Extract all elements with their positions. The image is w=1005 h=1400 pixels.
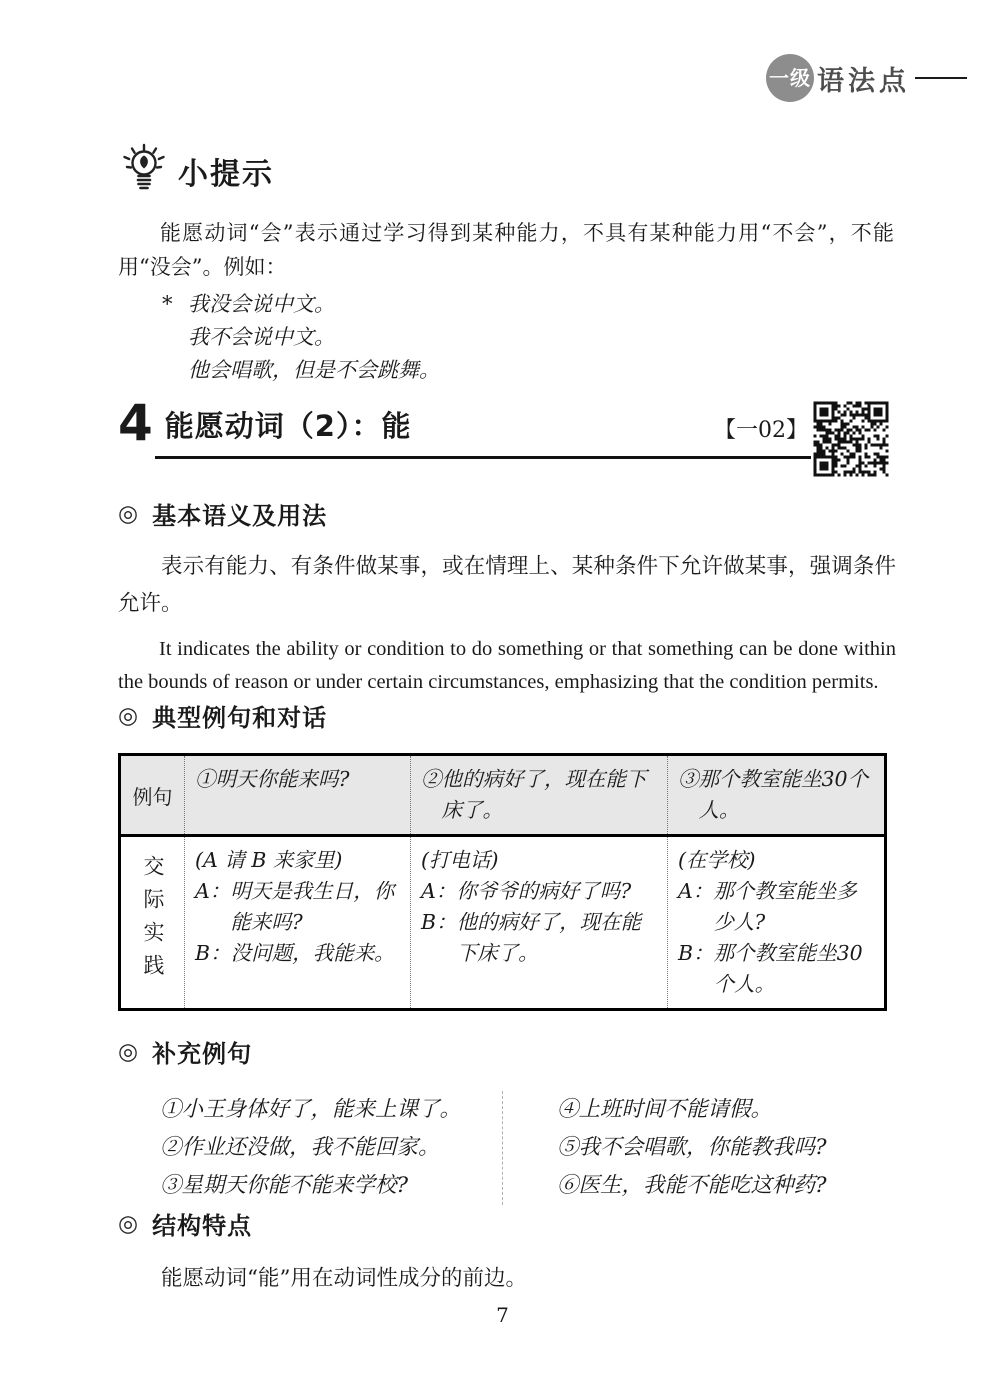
supplementary-section: ◎ 补充例句 ①小王身体好了，能来上课了。 ②作业还没做，我不能回家。 ③星期天…: [118, 1034, 896, 1205]
semantics-chinese: 表示有能力、有条件做某事，或在情理上、某种条件下允许做某事，强调条件允许。: [118, 548, 896, 622]
section-ref-label: 【一02】: [714, 413, 808, 448]
section-heading-row: 4 能愿动词（2）：能 【一02】: [118, 398, 894, 448]
semantics-section: ◎ 基本语义及用法 表示有能力、有条件做某事，或在情理上、某种条件下允许做某事，…: [118, 496, 896, 699]
section-number: 4: [118, 398, 153, 448]
structure-title: 结构特点: [152, 1206, 252, 1241]
example-cell: ②他的病好了，现在能下床了。: [411, 755, 668, 836]
supplementary-left-column: ①小王身体好了，能来上课了。 ②作业还没做，我不能回家。 ③星期天你能不能来学校…: [118, 1091, 502, 1205]
structure-body: 能愿动词“能”用在动词性成分的前边。: [118, 1262, 896, 1296]
tip-example: 他会唱歌，但是不会跳舞。: [162, 354, 894, 387]
double-circle-bullet-icon: ◎: [118, 501, 139, 527]
supplementary-item: ②作业还没做，我不能回家。: [160, 1129, 502, 1167]
supplementary-item: ①小王身体好了，能来上课了。: [160, 1091, 502, 1129]
section-underline: [155, 456, 811, 459]
tip-example: * 我没会说中文。: [162, 288, 894, 321]
section-heading: 4 能愿动词（2）：能 【一02】: [118, 398, 894, 459]
typical-title: 典型例句和对话: [152, 698, 327, 733]
supplementary-item: ③星期天你能不能来学校?: [160, 1167, 502, 1205]
double-circle-bullet-icon: ◎: [118, 703, 139, 729]
semantics-title: 基本语义及用法: [152, 496, 327, 531]
qr-code: [812, 400, 890, 478]
dialog-line: A： 明天是我生日，你能来吗?: [195, 876, 400, 938]
dialog-line: B： 那个教室能坐30个人。: [678, 938, 874, 1000]
dialog-cell: (打电话) A： 你爷爷的病好了吗? B： 他的病好了，现在能下床了。: [411, 836, 668, 1010]
double-circle-bullet-icon: ◎: [118, 1039, 139, 1065]
header-rule: [915, 77, 967, 79]
tip-example-text: 他会唱歌，但是不会跳舞。: [188, 358, 440, 382]
table-row: 例句 ①明天你能来吗? ②他的病好了，现在能下床了。 ③那个教室能坐30个人。: [120, 755, 886, 836]
asterisk-marker: *: [162, 288, 173, 321]
dialog-context: (在学校): [678, 845, 874, 876]
double-circle-bullet-icon: ◎: [118, 1211, 139, 1237]
supplementary-item: ④上班时间不能请假。: [557, 1091, 827, 1129]
lightbulb-icon: [118, 142, 170, 200]
supplementary-right-column: ④上班时间不能请假。 ⑤我不会唱歌，你能教我吗? ⑥医生，我能不能吃这种药?: [502, 1091, 827, 1205]
table-row: 交际实践 (A 请 B 来家里) A： 明天是我生日，你能来吗? B： 没问题，…: [120, 836, 886, 1010]
tip-example: 我不会说中文。: [162, 321, 894, 354]
supplementary-title: 补充例句: [152, 1034, 252, 1069]
tip-heading: 小提示: [118, 142, 894, 200]
dialog-line: B： 他的病好了，现在能下床了。: [421, 907, 657, 969]
structure-heading: ◎ 结构特点: [118, 1206, 896, 1241]
semantics-english: It indicates the ability or condition to…: [118, 633, 896, 699]
tip-example-text: 我没会说中文。: [188, 292, 335, 316]
example-cell: ③那个教室能坐30个人。: [668, 755, 886, 836]
tip-example-text: 我不会说中文。: [188, 325, 335, 349]
tip-examples: * 我没会说中文。 我不会说中文。 他会唱歌，但是不会跳舞。: [162, 288, 894, 387]
dialog-context: (打电话): [421, 845, 657, 876]
running-header-title: 语法点: [817, 59, 910, 98]
dialog-line: A： 你爷爷的病好了吗?: [421, 876, 657, 907]
page-number: 7: [0, 1303, 1005, 1327]
examples-table: 例句 ①明天你能来吗? ②他的病好了，现在能下床了。 ③那个教室能坐30个人。 …: [118, 753, 887, 1011]
tip-title: 小提示: [178, 149, 274, 193]
supplementary-item: ⑥医生，我能不能吃这种药?: [557, 1167, 827, 1205]
supplementary-heading: ◎ 补充例句: [118, 1034, 896, 1069]
dialog-line: A： 那个教室能坐多少人?: [678, 876, 874, 938]
tip-body: 能愿动词“会”表示通过学习得到某种能力，不具有某种能力用“不会”，不能用“没会”…: [118, 216, 894, 284]
book-page: 一级 语法点 小提示: [0, 0, 1005, 1400]
running-header: 一级 语法点: [766, 54, 967, 102]
dialog-line: B： 没问题，我能来。: [195, 938, 400, 969]
typical-heading: ◎ 典型例句和对话: [118, 698, 896, 733]
example-cell: ①明天你能来吗?: [185, 755, 411, 836]
semantics-heading: ◎ 基本语义及用法: [118, 496, 896, 531]
row-label-practice: 交际实践: [120, 836, 185, 1010]
structure-section: ◎ 结构特点 能愿动词“能”用在动词性成分的前边。: [118, 1206, 896, 1296]
supplementary-columns: ①小王身体好了，能来上课了。 ②作业还没做，我不能回家。 ③星期天你能不能来学校…: [118, 1091, 896, 1205]
typical-section: ◎ 典型例句和对话 例句 ①明天你能来吗? ②他的病好了，现在能下床了。 ③那个…: [118, 698, 896, 1011]
level-badge: 一级: [766, 54, 814, 102]
tip-section: 小提示 能愿动词“会”表示通过学习得到某种能力，不具有某种能力用“不会”，不能用…: [118, 142, 894, 387]
dialog-cell: (在学校) A： 那个教室能坐多少人? B： 那个教室能坐30个人。: [668, 836, 886, 1010]
row-label-examples: 例句: [120, 755, 185, 836]
section-title: 能愿动词（2）：能: [165, 404, 412, 448]
dialog-context: (A 请 B 来家里): [195, 845, 400, 876]
supplementary-item: ⑤我不会唱歌，你能教我吗?: [557, 1129, 827, 1167]
dialog-cell: (A 请 B 来家里) A： 明天是我生日，你能来吗? B： 没问题，我能来。: [185, 836, 411, 1010]
